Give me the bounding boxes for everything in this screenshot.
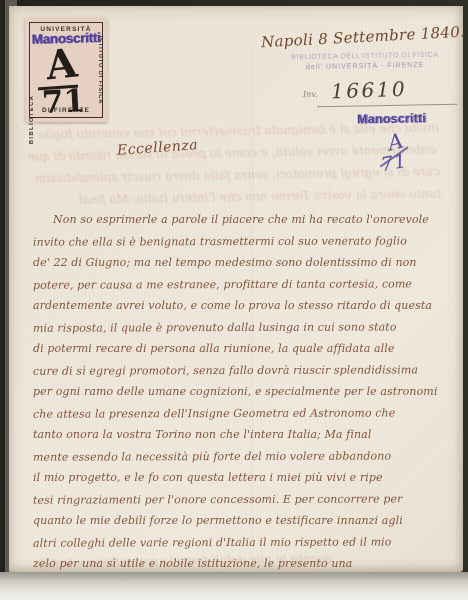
manuscript-photo: invito che ella si è benignata trasmette…: [0, 0, 468, 600]
inventory-underline: [317, 104, 457, 107]
library-bookplate: UNIVERSITÀ BIBLIOTECA ISTITUTO DI FISICA…: [25, 18, 107, 122]
faded-stamp-line2: dell' UNIVERSITÀ - FIRENZE: [275, 61, 455, 71]
letter-line: il mio progetto, e le fo con questa lett…: [33, 467, 449, 489]
letter-page: invito che ella si è benignata trasmette…: [9, 6, 463, 572]
letter-line: per ogni ramo delle umane cognizioni, e …: [33, 381, 449, 403]
letter-line: potere, per causa a me estranee, profitt…: [33, 273, 449, 296]
verso-bleed-line: cure di sì egregi promotori, senza fallo…: [35, 164, 440, 185]
bookplate-shelfmark-letter: A: [44, 43, 79, 86]
letter-line: quanto le mie debili forze lo permettono…: [33, 510, 449, 532]
letter-line: ardentemente avrei voluto, e come lo pro…: [33, 295, 449, 317]
letter-line: di potermi recare di persona alla riunio…: [33, 338, 449, 360]
letter-line: altri colleghi delle varie regioni d'Ita…: [33, 531, 449, 554]
letter-line: Non so esprimerle a parole il piacere ch…: [33, 209, 449, 231]
letter-body: Non so esprimerle a parole il piacere ch…: [33, 209, 449, 575]
letter-line: che attesa la presenza dell'Insigne Geom…: [33, 402, 449, 425]
faded-stamp-line1: BIBLIOTECA DELL'ISTITUTO DI FISICA: [275, 51, 455, 61]
bookplate-shelfmark-number: 71: [41, 86, 86, 119]
letter-line: tanto onora la vostra Torino non che l'i…: [33, 424, 449, 446]
manoscritti-stamp-on-bookplate: Manoscritti: [18, 30, 114, 48]
letter-line: de' 22 di Giugno; ma nel tempo medesimo …: [33, 252, 449, 274]
letter-line: cure di sì egregi promotori, senza fallo…: [33, 359, 449, 382]
manoscritti-stamp: Manoscritti: [357, 111, 426, 126]
letter-line: invito che ella si è benignata trasmette…: [33, 230, 449, 253]
verso-bleed-line: ardentemente avrei voluto, e come lo pro…: [27, 142, 437, 163]
bookplate-left-label: BIBLIOTECA: [29, 95, 35, 144]
faded-library-stamp: BIBLIOTECA DELL'ISTITUTO DI FISICA dell'…: [275, 51, 455, 71]
dateline: Napoli 8 Settembre 1840.: [261, 23, 462, 51]
bookplate-right-label: ISTITUTO DI FISICA: [97, 36, 103, 105]
salutation: Eccellenza: [117, 137, 199, 159]
letter-line: tesi ringraziamenti per l'onore concesso…: [33, 488, 449, 511]
verso-bleed-line: tanto onora la vostra Torino non che l'i…: [29, 186, 441, 207]
inventory-number: 16610: [331, 77, 408, 104]
letter-line: mente essendo la necessità più forte del…: [33, 445, 449, 468]
inventory-label: Inv.: [303, 90, 317, 99]
photo-bottom-band: [0, 572, 468, 600]
letter-line: mia risposta, il quale è provenuto dalla…: [33, 316, 449, 339]
